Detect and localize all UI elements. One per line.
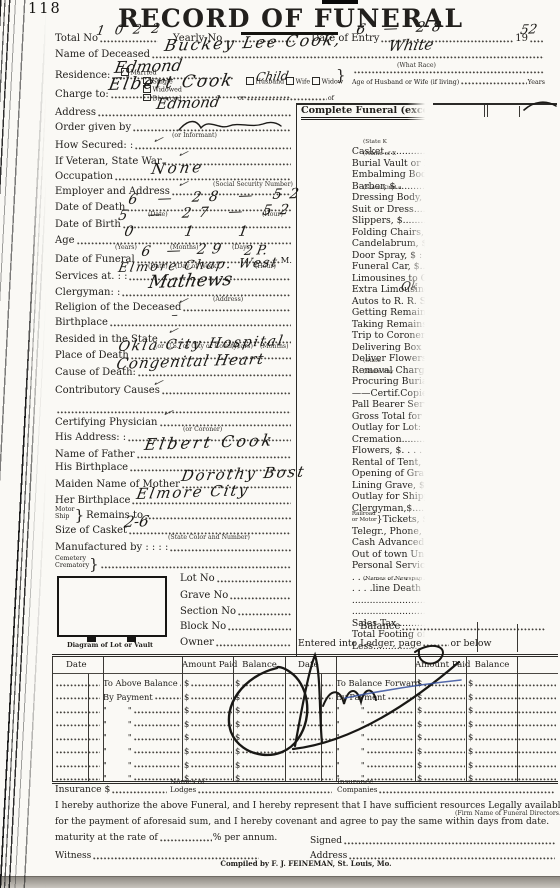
row-how-secured: How Secured: : ✓	[55, 138, 292, 151]
ledger-row: " " $ $	[52, 701, 285, 715]
ledger-row-label: " "	[336, 720, 365, 728]
ledger-date-cell	[285, 683, 336, 688]
dollar-sign: $	[417, 733, 422, 741]
price-item: Clergyman,$.....Singers,$...	[301, 477, 433, 489]
column-tick	[484, 105, 485, 117]
row-lot-no: Lot No	[180, 571, 292, 584]
price-item: Railroador Motor}Tickets, $........ A.	[301, 488, 433, 500]
dollar-sign: $	[235, 761, 240, 769]
ledger-date-cell	[285, 723, 336, 728]
payment-ledger-table: Date Amount Paid Balance Date Amount Pai…	[52, 654, 558, 784]
ledger-row-label: " "	[103, 747, 132, 755]
row-occupation: Occupation (Social Security Number) None	[55, 169, 292, 182]
price-item: Barber, $............Hair Dre	[301, 155, 433, 167]
price-item: Opening of Grave or Tomb. .	[301, 442, 433, 454]
handwriting-cause-of-death: Congenital Heart	[115, 350, 266, 373]
price-item: . . . . . . . . . . . . . . . : . . . . …	[301, 546, 433, 558]
handwriting-secured-tick: ✓	[150, 133, 165, 147]
relation-brace: }	[336, 69, 346, 81]
column-tick	[477, 622, 478, 652]
authorization-line-1: I hereby authorize the above Funeral, an…	[55, 798, 557, 811]
column-tick	[519, 106, 520, 117]
handwriting-entry-year: 52	[519, 22, 538, 38]
dollar-sign: $	[417, 761, 422, 769]
price-item: Burial Vault or Box ............ (State …	[301, 132, 433, 144]
ledger-date-cell	[285, 750, 336, 755]
price-item: Removal Charges................	[301, 339, 433, 351]
dollar-sign: $	[184, 693, 189, 701]
price-item: Lining Grave, $......Lowerin	[301, 454, 433, 466]
ledger-row-label: " "	[336, 706, 365, 714]
ledger-date-cell	[285, 764, 336, 769]
handwriting-father: Elbert Cook	[143, 430, 276, 454]
dollar-sign: $	[468, 720, 473, 728]
dollar-sign: $	[184, 747, 189, 755]
ledger-row-label: To Balance Forward	[336, 679, 420, 687]
price-item: Extra Limousines ...............	[301, 258, 433, 270]
row-name-of-father: Name of Father Elbert Cook	[55, 447, 292, 460]
diagram-caption: Diagram of Lot or Vault	[57, 641, 163, 649]
ledger-row: " " $ $	[52, 728, 285, 742]
row-clergyman: Clergyman: : (Address) Mathews	[55, 285, 292, 298]
price-item: .............................. (Names of…	[301, 569, 433, 581]
handwriting-clergyman: Mathews	[147, 269, 234, 293]
ledger-date-cell	[52, 737, 103, 742]
price-item: Outlay for Shipping Charges.	[301, 465, 433, 477]
price-item: Rental of Tent, $. . . .of Tempo	[301, 431, 433, 443]
price-items: Casket............................ Buria…	[301, 120, 433, 626]
dollar-sign: $	[468, 706, 473, 714]
price-item: Suit or Dress................... (State …	[301, 178, 433, 190]
row-signed: Signed	[310, 833, 556, 846]
price-item: Telegr., Phone, Cable or Radio	[301, 500, 433, 512]
price-item: Gross Total for Sales Tax . . . .	[301, 385, 433, 397]
handwriting-birthplace-mark: –	[170, 308, 179, 323]
handwriting-charge-to: Elbert Cook	[107, 71, 235, 95]
handwriting-total-no: 1 0 2 2	[95, 22, 164, 39]
price-item: . . . .line Death Notices in. . . .	[301, 557, 433, 569]
book-spine-shadow	[0, 0, 46, 888]
dollar-sign: $	[184, 761, 189, 769]
handwriting-address: Edmond	[155, 93, 221, 113]
dollar-sign: $	[468, 733, 473, 741]
handwriting-age-years: 0	[123, 224, 135, 240]
handwriting-age-months: 1	[183, 224, 195, 240]
price-item: Cremation......................	[301, 408, 433, 420]
row-insurance: Insurance $	[55, 782, 168, 795]
ledger-date-cell	[285, 737, 336, 742]
ledger-row-label: To Above Balance	[103, 679, 178, 687]
column-tick	[487, 105, 488, 117]
ledger-row-label: " "	[103, 761, 132, 769]
insurance-companies-label: Insurance Companies	[337, 778, 556, 795]
row-remains-to: MotorShip } Remains to	[55, 508, 292, 521]
price-item: Flowers, $. . . . .Palms, $ : : : :	[301, 419, 433, 431]
ledger-header-amount: Amount Paid	[182, 660, 233, 670]
page-number: 118	[28, 1, 62, 17]
checkbox-widow	[312, 77, 320, 85]
ledger-header-date2: Date	[298, 660, 319, 670]
pen-arrow-mark	[522, 98, 558, 114]
row-contributory-causes: Contributory Causes ✓	[55, 383, 292, 396]
price-item: Candelabrum, $........Candl	[301, 212, 433, 224]
dollar-sign: $	[468, 747, 473, 755]
row-block-no: Block No	[180, 619, 292, 632]
dollar-sign: $	[235, 720, 240, 728]
dollar-sign: $	[235, 706, 240, 714]
ledger-row: To Above Balance $ $	[52, 674, 285, 688]
checkbox-husband	[246, 77, 254, 85]
row-manufactured-by: Manufactured by : : : :	[55, 540, 292, 553]
handwriting-price-note: Ok	[400, 278, 419, 293]
ledger-header-amount2: Amount Paid	[415, 660, 466, 670]
ledger-header-balance: Balance	[234, 660, 285, 670]
price-item: Personal Service...............known	[301, 534, 433, 546]
row-size-of-casket: Size of Casket (State Color and Number) …	[55, 523, 292, 536]
ledger-date-cell	[285, 696, 336, 701]
handwriting-occupation: None	[150, 158, 206, 178]
dollar-sign: $	[235, 693, 240, 701]
ledger-date-cell	[52, 750, 103, 755]
order-given-by-signature-scrawl	[175, 114, 285, 136]
handwriting-casket-size: 2-6	[123, 512, 150, 531]
ledger-row-label: " "	[336, 733, 365, 741]
handwriting-her-birthplace: Elmore City	[135, 481, 251, 503]
handwriting-age-days: 1	[237, 224, 249, 240]
dollar-sign: $	[184, 706, 189, 714]
price-item: Autos to R. R. Station . . . . . . .	[301, 270, 433, 282]
dollar-sign: $	[468, 761, 473, 769]
row-section-no: Section No	[180, 604, 292, 617]
ledger-header-balance2: Balance	[466, 660, 518, 670]
ledger-date-cell	[52, 683, 103, 688]
dollar-sign: $	[184, 679, 189, 687]
dollar-sign: $	[235, 733, 240, 741]
row-grave-no: Grave No	[180, 588, 292, 601]
scan-artifact	[322, 0, 358, 4]
price-item: Folding Chairs, $.......Tarpa	[301, 201, 433, 213]
ledger-row-label: " "	[103, 733, 132, 741]
row-date-of-birth: Date of Birth 5 — 27 — 52	[55, 217, 292, 230]
scan-bottom-edge	[0, 876, 560, 888]
ledger-row: " " $ $	[52, 742, 285, 756]
dollar-sign: $	[417, 720, 422, 728]
ledger-row: " " $ $	[52, 715, 285, 729]
ledger-row-label: By Payment	[103, 693, 153, 701]
row-owner: Owner	[180, 635, 292, 648]
ledger-row-label: " "	[103, 706, 132, 714]
dollar-sign: $	[417, 693, 422, 701]
price-item: Funeral Car, $........Ambul	[301, 235, 433, 247]
remains-brace: }	[75, 509, 85, 521]
price-item: Total Footing of Bill. . . . . . . .	[301, 603, 433, 615]
price-item: Trip to Coroner's Inquest . . . .	[301, 304, 433, 316]
lot-diagram	[57, 576, 167, 637]
price-item: Limousines to Cemetery . . : . .	[301, 247, 433, 259]
dollar-sign: $	[468, 693, 473, 701]
row-certifying-physician: Certifying Physician (or Coroner) ✓	[55, 415, 292, 428]
cemetery-brace: }	[89, 558, 99, 570]
what-race-note: (What Race)	[397, 62, 436, 69]
price-item: Embalming Body .............. (Name of E	[301, 143, 433, 155]
dollar-sign: $	[235, 747, 240, 755]
price-item: Deliver Flowers to..............	[301, 327, 433, 339]
compiled-by-note: Compiled by F. J. FEINEMAN, St. Louis, M…	[55, 859, 557, 868]
price-item: Pall Bearer Service, $. . . . Use	[301, 373, 433, 385]
dollar-sign: $	[235, 679, 240, 687]
dollar-sign: $	[417, 747, 422, 755]
dollar-sign: $	[417, 679, 422, 687]
ledger-date-cell	[52, 723, 103, 728]
age-of-spouse-note: Age of Husband or Wife (if living)Years	[352, 79, 545, 86]
row-cemetery-crematory: CemeteryCrematory }	[55, 554, 292, 570]
ledger-row: " " $ $	[52, 755, 285, 769]
price-item: Sales Tax .....................	[301, 592, 433, 604]
funeral-record-scan: 118 RECORD OF FUNERAL Total No Yearly No…	[0, 0, 560, 888]
price-item: Out of town Undertaker's Ch	[301, 523, 433, 535]
row-entered-into-ledger: Entered into Ledger, page or below	[298, 635, 466, 648]
authorization-line-3: maturity at the rate of % per annum.	[55, 830, 255, 843]
ledger-date-cell	[52, 710, 103, 715]
column-tick	[517, 624, 518, 652]
row-her-birthplace: Her Birthplace Elmore City	[55, 493, 292, 506]
price-item: Door Spray, $ : :.......Glove	[301, 224, 433, 236]
price-item: Slippers, $.............Hose,	[301, 189, 433, 201]
ledger-left-half: To Above Balance $ $ By Payment $ $ " " …	[52, 674, 285, 782]
ledger-date-cell	[52, 764, 103, 769]
row-order-given-by: Order given by (or Informant)	[55, 120, 292, 133]
ledger-row: By Payment $ $	[52, 688, 285, 702]
row-cause-of-death: Cause of Death: Congenital Heart	[55, 365, 292, 378]
ledger-row-label: " "	[336, 747, 365, 755]
ledger-row-label: By Payment	[336, 693, 386, 701]
price-item: Dressing Body, $..........Un	[301, 166, 433, 178]
price-item: Delivering Box to...............	[301, 316, 433, 328]
ledger-row-label: " "	[103, 720, 132, 728]
dollar-sign: $	[184, 733, 189, 741]
dollar-sign: $	[417, 706, 422, 714]
price-item: Outlay for Lot: ................	[301, 396, 433, 408]
handwriting-date-of-entry: 6 — 28	[355, 19, 449, 38]
handwriting-relation-child: Child	[255, 69, 290, 84]
ledger-header-date: Date	[66, 660, 87, 670]
price-list: Complete Funeral (except outlay Casket..…	[296, 103, 433, 656]
authorization-line-2: for the payment of aforesaid sum, and I …	[55, 814, 557, 827]
dollar-sign: $	[468, 679, 473, 687]
dollar-sign: $	[184, 720, 189, 728]
price-item: Cash Advanced.................	[301, 511, 433, 523]
ledger-date-cell	[52, 696, 103, 701]
price-item: Casket............................	[301, 120, 433, 132]
price-item: Procuring Burial Permit......... (State	[301, 350, 433, 362]
names-of-lodges-label: Names of Lodges	[170, 778, 333, 795]
ledger-row-label: " "	[336, 761, 365, 769]
handwriting-race: White	[387, 35, 435, 55]
price-item: ——Certif.Copiesof Death Certi (State Phy	[301, 362, 433, 374]
price-item: ..............................	[301, 580, 433, 592]
price-item: Taking Remains to...............	[301, 293, 433, 305]
price-item: Getting Remains from: . Ok	[301, 281, 433, 293]
ledger-date-cell	[285, 710, 336, 715]
